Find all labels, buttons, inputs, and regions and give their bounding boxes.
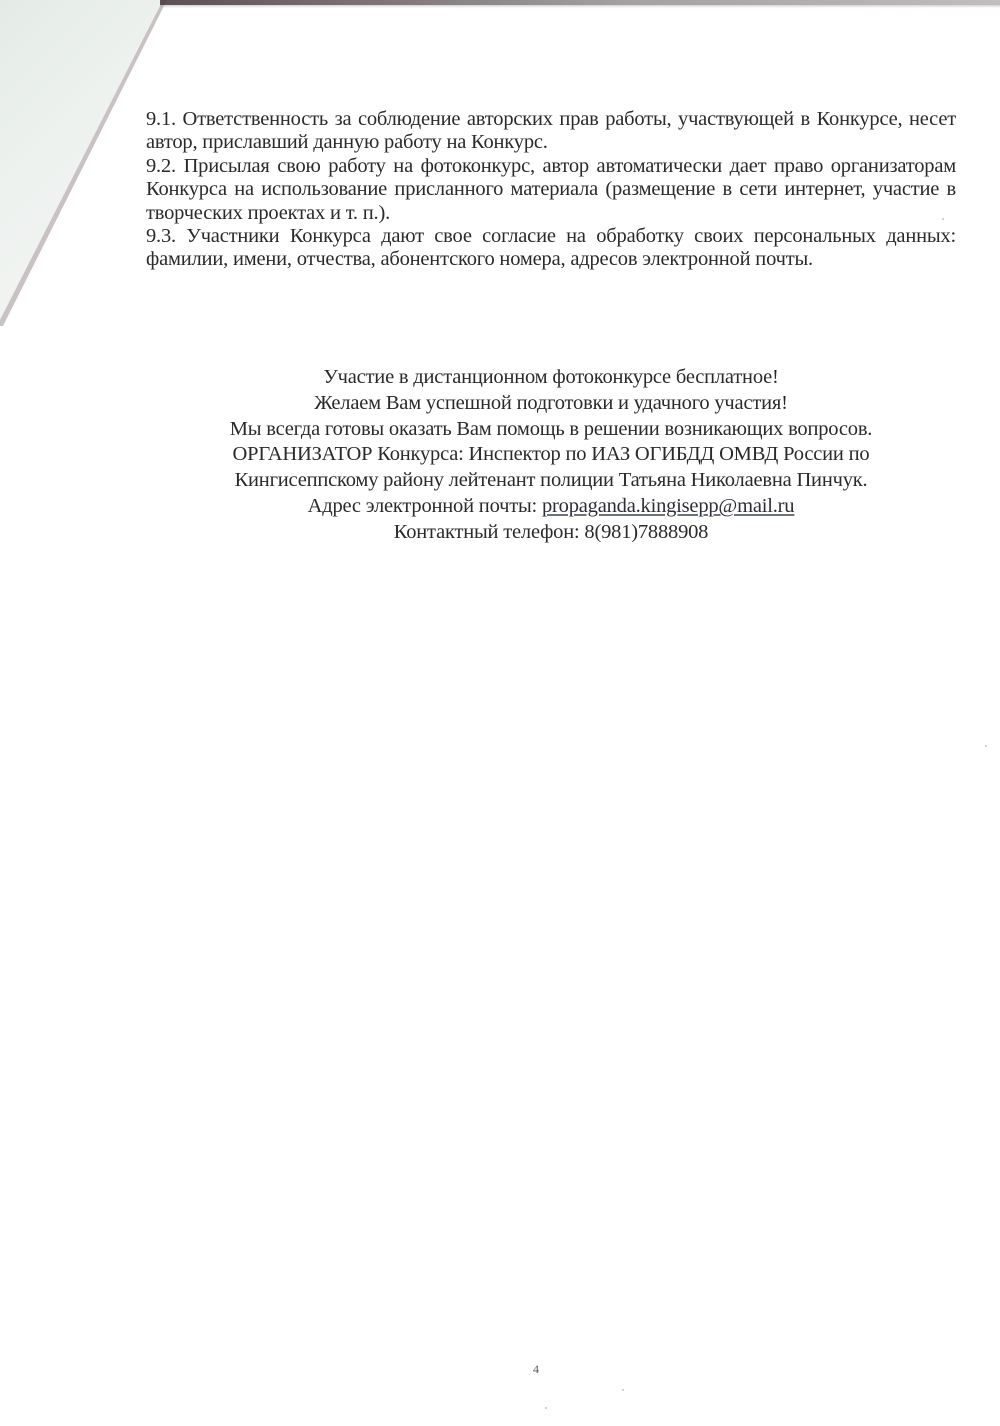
scan-top-edge-shadow	[160, 5, 1000, 8]
organizer-name-line: Кингисеппскому району лейтенант полиции …	[146, 468, 956, 494]
closing-block: Участие в дистанционном фотоконкурсе бес…	[146, 365, 956, 546]
paragraph-9-1: 9.1. Ответственность за соблюдение автор…	[146, 108, 956, 155]
paragraph-text: Присылая свою работу на фотоконкурс, авт…	[146, 155, 956, 224]
page-number: 4	[533, 1362, 539, 1377]
scan-speck	[942, 218, 944, 220]
terms-section: 9.1. Ответственность за соблюдение автор…	[146, 108, 956, 272]
email-label: Адрес электронной почты:	[308, 495, 542, 517]
paragraph-number: 9.2.	[146, 155, 176, 177]
paragraph-text: Участники Конкурса дают свое согласие на…	[146, 225, 956, 270]
email-line: Адрес электронной почты: propaganda.king…	[146, 494, 956, 520]
email-link[interactable]: propaganda.kingisepp@mail.ru	[542, 495, 794, 517]
help-offer-line: Мы всегда готовы оказать Вам помощь в ре…	[146, 417, 956, 443]
wishes-line: Желаем Вам успешной подготовки и удачног…	[146, 391, 956, 417]
scan-speck	[622, 1389, 624, 1391]
paragraph-number: 9.1.	[146, 108, 176, 130]
organizer-line: ОРГАНИЗАТОР Конкурса: Инспектор по ИАЗ О…	[146, 442, 956, 468]
paragraph-number: 9.3.	[146, 225, 176, 247]
paragraph-text: Ответственность за соблюдение авторских …	[146, 108, 956, 153]
free-participation-line: Участие в дистанционном фотоконкурсе бес…	[146, 365, 956, 391]
scan-speck	[545, 1407, 547, 1409]
paragraph-9-3: 9.3. Участники Конкурса дают свое соглас…	[146, 225, 956, 272]
scan-speck	[985, 745, 987, 747]
phone-line: Контактный телефон: 8(981)7888908	[146, 520, 956, 546]
paragraph-9-2: 9.2. Присылая свою работу на фотоконкурс…	[146, 155, 956, 225]
